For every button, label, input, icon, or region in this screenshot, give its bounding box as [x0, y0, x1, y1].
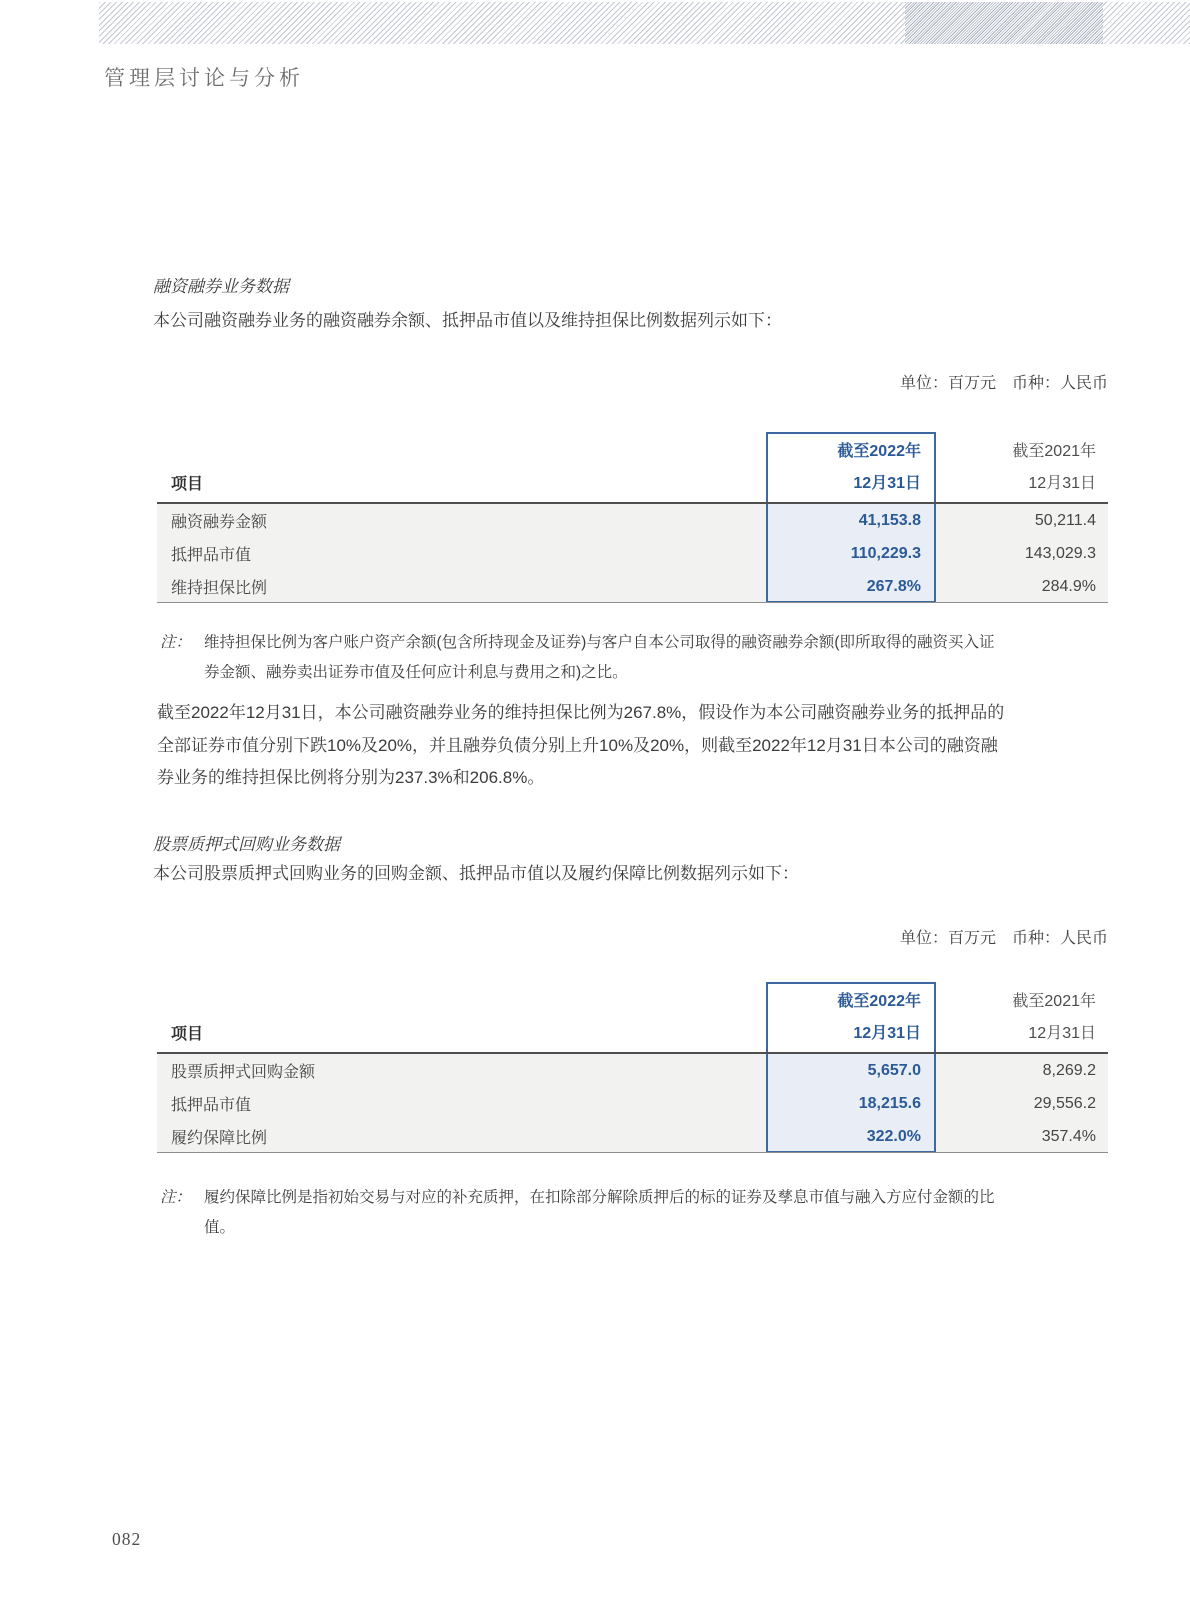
row-value-2022: 267.8%: [766, 578, 936, 596]
note-text: 维持担保比例为客户账户资产余额(包含所持现金及证券)与客户自本公司取得的融资融券…: [204, 628, 1115, 688]
column-header-2021-line2: 12月31日: [936, 1021, 1108, 1047]
column-header-2022-line2: 12月31日: [766, 1021, 936, 1047]
chapter-title: 管理层讨论与分析: [104, 62, 304, 92]
table-row: 融资融券金额 41,153.8 50,211.4: [157, 504, 1108, 537]
column-header-2022-line1: 截至2022年: [766, 439, 936, 465]
row-value-2021: 8,269.2: [936, 1062, 1108, 1080]
section1-title: 融资融券业务数据: [153, 272, 289, 297]
column-header-2022-line1: 截至2022年: [766, 989, 936, 1015]
stock-pledged-repo-table: 项目 截至2022年 12月31日 截至2021年 12月31日 股票质押式回购…: [157, 982, 1108, 1153]
table-row: 维持担保比例 267.8% 284.9%: [157, 570, 1108, 603]
row-value-2022: 110,229.3: [766, 545, 936, 563]
row-label: 履约保障比例: [157, 1125, 766, 1148]
table-row: 抵押品市值 18,215.6 29,556.2: [157, 1087, 1108, 1120]
row-value-2021: 143,029.3: [936, 545, 1108, 563]
row-label: 融资融券金额: [157, 509, 766, 532]
report-page: 管理层讨论与分析 融资融券业务数据 本公司融资融券业务的融资融券余额、抵押品市值…: [0, 0, 1190, 1615]
section2-title: 股票质押式回购业务数据: [153, 830, 340, 855]
column-header-item: 项目: [171, 472, 203, 498]
row-value-2021: 284.9%: [936, 578, 1108, 596]
row-value-2021: 357.4%: [936, 1128, 1108, 1146]
row-label: 抵押品市值: [157, 1092, 766, 1115]
margin-financing-table: 项目 截至2022年 12月31日 截至2021年 12月31日 融资融券金额 …: [157, 432, 1108, 603]
row-value-2022: 18,215.6: [766, 1095, 936, 1113]
row-label: 维持担保比例: [157, 575, 766, 598]
row-value-2021: 50,211.4: [936, 512, 1108, 530]
row-value-2021: 29,556.2: [936, 1095, 1108, 1113]
section1-unit-note: 单位：百万元 币种：人民币: [900, 370, 1108, 393]
column-header-item: 项目: [171, 1022, 203, 1048]
section2-unit-note: 单位：百万元 币种：人民币: [900, 925, 1108, 948]
table-row: 抵押品市值 110,229.3 143,029.3: [157, 537, 1108, 570]
column-header-2021-line1: 截至2021年: [936, 439, 1108, 465]
column-header-2021-line1: 截至2021年: [936, 989, 1108, 1015]
table-row: 履约保障比例 322.0% 357.4%: [157, 1120, 1108, 1153]
section1-paragraph: 截至2022年12月31日，本公司融资融券业务的维持担保比例为267.8%，假设…: [157, 697, 1115, 795]
column-header-2021-line2: 12月31日: [936, 471, 1108, 497]
note-label: 注：: [160, 628, 191, 658]
table-row: 股票质押式回购金额 5,657.0 8,269.2: [157, 1054, 1108, 1087]
column-header-2022-line2: 12月31日: [766, 471, 936, 497]
section2-note: 注： 履约保障比例是指初始交易与对应的补充质押，在扣除部分解除质押后的标的证券及…: [157, 1183, 1115, 1243]
section2-intro: 本公司股票质押式回购业务的回购金额、抵押品市值以及履约保障比例数据列示如下：: [153, 859, 799, 884]
row-value-2022: 322.0%: [766, 1128, 936, 1146]
section1-note: 注： 维持担保比例为客户账户资产余额(包含所持现金及证券)与客户自本公司取得的融…: [157, 628, 1115, 688]
row-label: 抵押品市值: [157, 542, 766, 565]
page-number: 082: [112, 1529, 141, 1550]
decorative-hatch-band-dark-segment: [905, 2, 1103, 44]
section1-intro: 本公司融资融券业务的融资融券余额、抵押品市值以及维持担保比例数据列示如下：: [153, 306, 782, 331]
note-text: 履约保障比例是指初始交易与对应的补充质押，在扣除部分解除质押后的标的证券及孳息市…: [204, 1183, 1115, 1243]
row-value-2022: 5,657.0: [766, 1062, 936, 1080]
table-rows: 融资融券金额 41,153.8 50,211.4 抵押品市值 110,229.3…: [157, 504, 1108, 603]
row-value-2022: 41,153.8: [766, 512, 936, 530]
table-rows: 股票质押式回购金额 5,657.0 8,269.2 抵押品市值 18,215.6…: [157, 1054, 1108, 1153]
note-label: 注：: [160, 1183, 191, 1213]
decorative-hatch-band: [99, 2, 1190, 44]
row-label: 股票质押式回购金额: [157, 1059, 766, 1082]
